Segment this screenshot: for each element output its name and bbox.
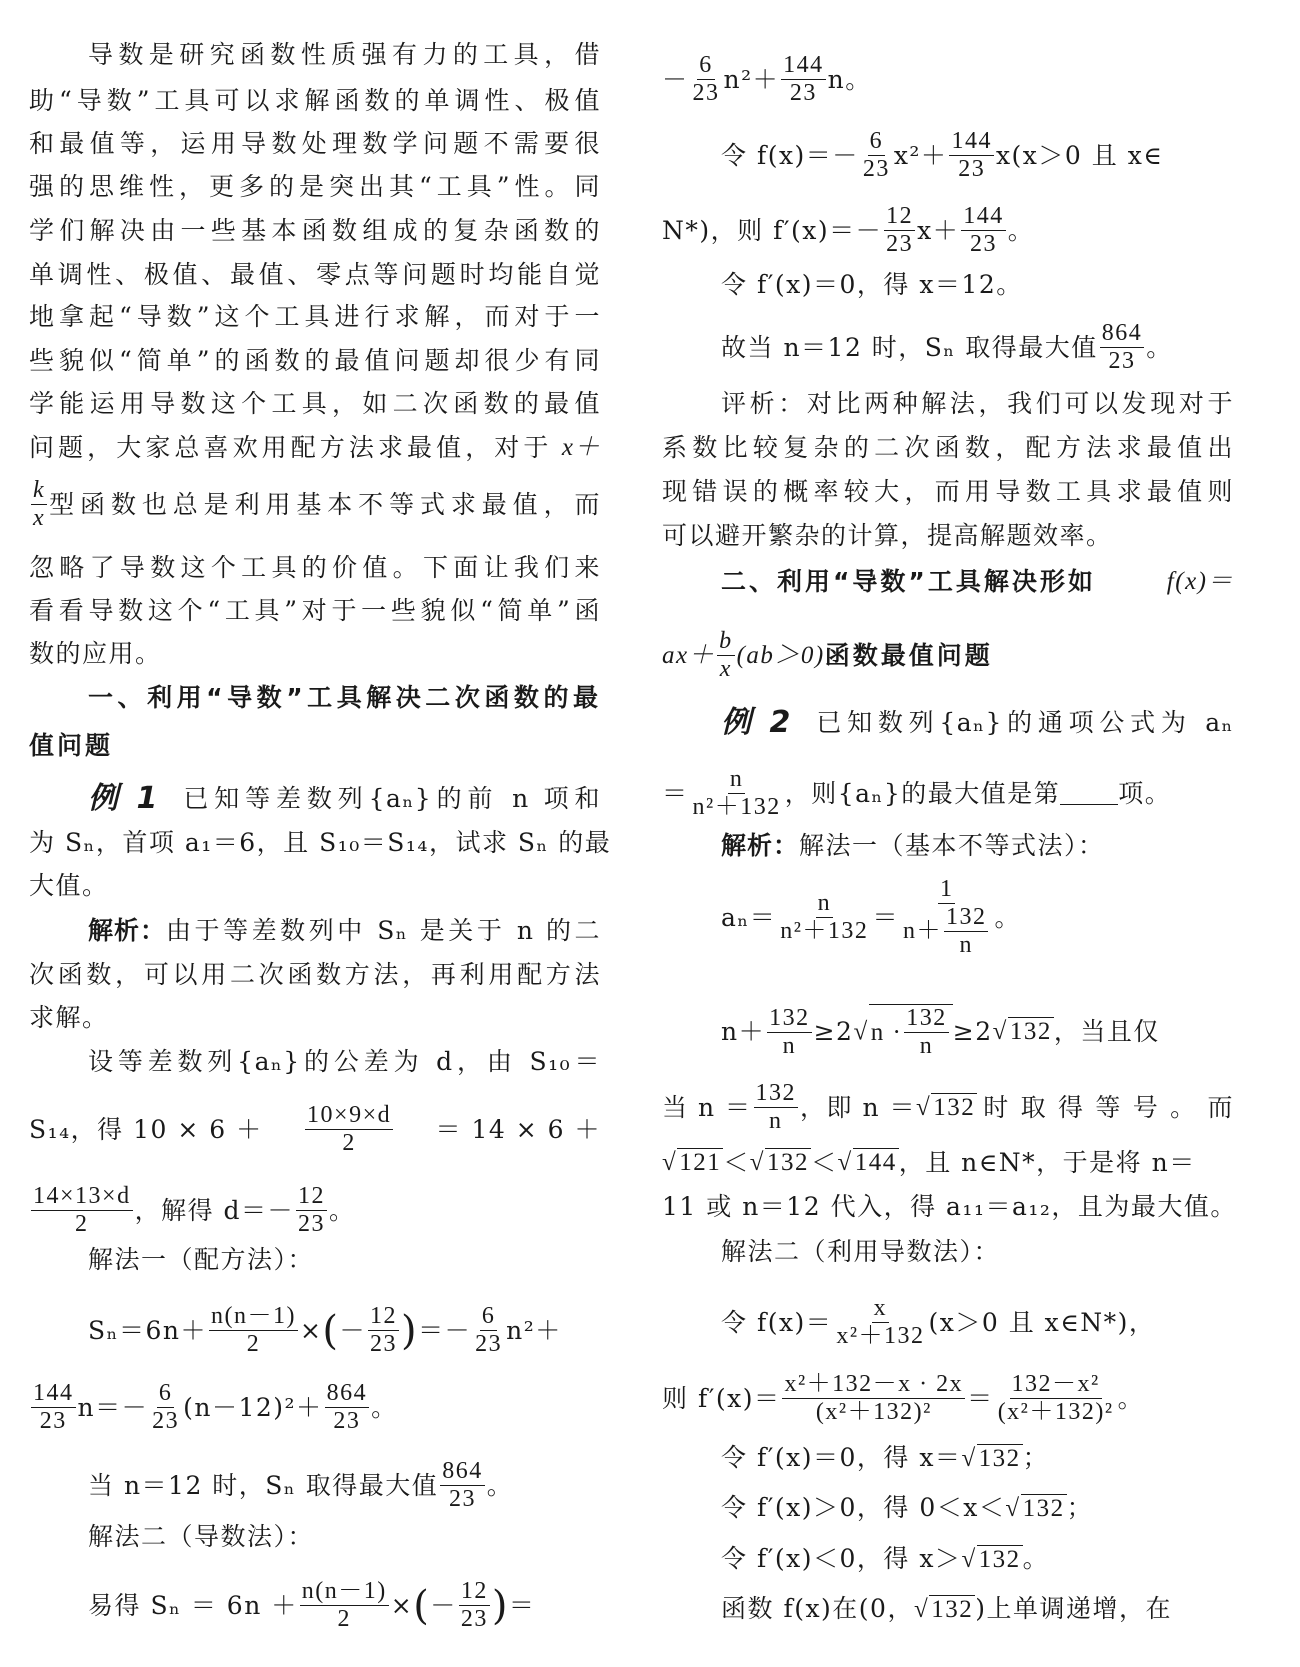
section-1-title-cont: 值问题 (29, 729, 601, 763)
intro-line: 单调性、极值、最值、零点等问题时均能自觉 (29, 258, 601, 292)
intro-line: 数的应用。 (29, 637, 601, 671)
fraction: nn²＋132 (778, 890, 870, 945)
section-1-title: 一、利用“导数”工具解决二次函数的最 (29, 681, 601, 715)
equation-part: ax＋ (662, 639, 715, 673)
example-2-label: 例 2 (721, 706, 794, 740)
comment-line: 评析：对比两种解法，我们可以发现对于 (662, 387, 1234, 421)
equation-part: 。 (487, 1469, 514, 1503)
fraction: 623 (691, 52, 722, 107)
fraction: n(n－1)2 (300, 1578, 389, 1633)
equation-part: ＝ (509, 1589, 536, 1623)
square-root: √132 (914, 1595, 975, 1623)
sqrt-comparison: √121 ＜ √132 ＜ √144 ，且 n∈N*，于是将 n＝ (662, 1146, 1234, 1180)
equation-part: 。 (1146, 331, 1173, 365)
fraction: 623 (150, 1380, 181, 1435)
fraction: 86423 (440, 1458, 485, 1513)
setup-text: 设等差数列{aₙ}的公差为 d，由 S₁₀＝ (29, 1045, 601, 1079)
equation-part: 。 (371, 1391, 398, 1425)
equation-part: × (300, 1314, 322, 1348)
intro-line-with-math: 问题，大家总喜欢用配方法求最值，对于 x＋ (29, 431, 601, 465)
fraction: 132n (754, 1080, 799, 1135)
method-1-title: 解法一（配方法）： (29, 1243, 601, 1277)
paren-close: ) (492, 1589, 509, 1623)
equation-part: ＜ (723, 1146, 750, 1180)
method-1-equation-2: 14423 n＝－ 623 (n－12)²＋ 86423 。 (29, 1380, 601, 1435)
fraction: 10×9×d2 (305, 1102, 393, 1157)
intro-line: 看看导数这个“工具”对于一些貌似“简单”函 (29, 594, 601, 628)
fraction: n(n－1)2 (209, 1303, 298, 1358)
analysis-1: 解析： 由于等差数列中 Sₙ 是关于 n 的二 (29, 914, 601, 948)
equation-part: ，则{aₙ}的最大值是第 (785, 777, 1061, 811)
equation-part: 。 (1023, 1544, 1050, 1573)
equation-part: n＋ (721, 1015, 765, 1049)
equation-part: ； (1023, 1443, 1050, 1472)
equation-part: 。 (1008, 214, 1035, 248)
analysis-text: 解法一（基本不等式法）： (799, 829, 1105, 863)
fraction: 132n (944, 904, 989, 959)
equation-part: ，且 n∈N*，于是将 n＝ (899, 1146, 1196, 1180)
fraction: 14423 (949, 128, 994, 183)
fraction: 623 (473, 1303, 504, 1358)
equation-part: ＝ (662, 777, 689, 811)
method-1-equation-1: Sₙ＝6n＋ n(n－1)2 × (－ 1223 ) ＝－ 623 n²＋ (29, 1303, 601, 1358)
example-1-text: 已知等差数列{aₙ}的前 n 项和 (183, 782, 601, 816)
equation-part: ，解得 d＝－ (135, 1194, 294, 1228)
fraction: 14423 (31, 1380, 76, 1435)
fraction: 1223 (884, 203, 915, 258)
fraction: 132n (767, 1005, 812, 1060)
comment-line: 可以避开繁杂的计算，提高解题效率。 (662, 519, 1234, 553)
example-2: 例 2 已知数列{aₙ}的通项公式为 aₙ (662, 706, 1234, 740)
fraction: 86423 (325, 1380, 370, 1435)
fraction-k-over-x: kx (31, 477, 47, 532)
case-negative: 令 f′(x)＜0，得 x＞√132。 (662, 1542, 1234, 1577)
equation-part: n²＋ (506, 1314, 562, 1348)
fraction: xx²＋132 (834, 1295, 926, 1350)
intro-line: 地拿起“导数”这个工具进行求解，而对于一 (29, 300, 601, 334)
equation-part: 令 f(x)＝ (721, 1306, 832, 1340)
equation-part: 令 f′(x)＝0，得 x＝ (721, 1443, 961, 1472)
paren-open: ( (322, 1314, 339, 1348)
equation-part: S₁₄，得 10 × 6 ＋ (29, 1113, 263, 1147)
square-root: √132 (961, 1444, 1022, 1472)
equation-part: 。 (1118, 1382, 1145, 1416)
paren-close: ) (401, 1314, 418, 1348)
fraction: 14423 (961, 203, 1006, 258)
equation-part: x＋ (917, 214, 959, 248)
intro-line: 些貌似“简单”的函数的最值问题却很少有同 (29, 344, 601, 378)
square-root: √132 (961, 1545, 1022, 1573)
fx2-derivative: 则 f′(x)＝ x²＋132－x · 2x(x²＋132)² ＝ 132－x²… (662, 1371, 1234, 1426)
minus: － (430, 1589, 457, 1623)
fraction: bx (717, 628, 735, 683)
fraction: 132－x²(x²＋132)² (996, 1371, 1116, 1426)
section-2-title-math: f(x)＝ (1167, 565, 1234, 599)
equation-part: 则 f′(x)＝ (662, 1382, 780, 1416)
fraction: 1223 (459, 1578, 490, 1633)
equation-part: n²＋ (724, 63, 780, 97)
substitution-line: 11 或 n＝12 代入，得 a₁₁＝a₁₂，且为最大值。 (662, 1190, 1234, 1224)
equation-part: ，当且仅 (1054, 1015, 1160, 1049)
intro-line: 助“导数”工具可以求解函数的单调性、极值 (29, 84, 601, 118)
paren-open: ( (413, 1589, 430, 1623)
method-2-title: 解法二（导数法）： (29, 1520, 601, 1554)
setup-equation: S₁₄，得 10 × 6 ＋ 10×9×d2 ＝ 14 × 6 ＋ (29, 1102, 601, 1157)
square-root: √121 (662, 1146, 723, 1180)
equation-part: 令 f′(x)＞0，得 0＜x＜ (721, 1493, 1005, 1522)
critical-point: 令 f′(x)＝0，得 x＝12。 (662, 268, 1234, 302)
intro-line: 和最值等，运用导数处理数学问题不需要很 (29, 127, 601, 161)
equation-part: ≥2 (814, 1015, 854, 1049)
equation-part: aₙ＝ (721, 901, 776, 935)
comment-line: 现错误的概率较大，而用导数工具求最值则 (662, 475, 1234, 509)
intro-line: 学能运用导数这个工具，如二次函数的最值 (29, 387, 601, 421)
analysis-text: 次函数，可以用二次函数方法，再利用配方法 (29, 958, 601, 992)
analysis-text: 求解。 (29, 1001, 601, 1035)
monotonicity: 函数 f(x)在(0，√132)上单调递增，在 (662, 1592, 1234, 1627)
comment-line: 系数比较复杂的二次函数，配方法求最值出 (662, 431, 1234, 465)
method-2-equation: 易得 Sₙ ＝ 6n ＋ n(n－1)2 × (－ 1223 ) ＝ (29, 1578, 601, 1633)
equation-part: ＝ (967, 1382, 994, 1416)
intro-line: 忽略了导数这个工具的价值。下面让我们来 (29, 551, 601, 585)
fraction: 86423 (1100, 320, 1145, 375)
fraction: 623 (861, 128, 892, 183)
equation-part: － (662, 63, 689, 97)
continued-equation: － 623 n²＋ 14423 n。 (662, 52, 1234, 107)
square-root: √144 (838, 1146, 899, 1180)
intro-line: 学们解决由一些基本函数组成的复杂函数的 (29, 214, 601, 248)
equation-part: 故当 n＝12 时，Sₙ 取得最大值 (721, 331, 1098, 365)
an-equation: aₙ＝ nn²＋132 ＝ 1 n＋ 132n 。 (662, 876, 1234, 959)
fraction: nn²＋132 (691, 766, 783, 821)
analysis-text: 由于等差数列中 Sₙ 是关于 n 的二 (166, 914, 601, 948)
equation-part: (ab＞0) (737, 639, 825, 673)
example-1-text: 大值。 (29, 869, 601, 903)
case-positive: 令 f′(x)＞0，得 0＜x＜√132； (662, 1491, 1234, 1526)
kx-line-text: 型函数也总是利用基本不等式求最值，而 (49, 488, 601, 522)
compound-fraction: 1 n＋ 132n (901, 876, 993, 959)
analysis-label: 解析： (88, 914, 166, 948)
kx-line: kx 型函数也总是利用基本不等式求最值，而 (29, 477, 601, 532)
conclusion: 故当 n＝12 时，Sₙ 取得最大值 86423 。 (662, 320, 1234, 375)
section-2-title: 二、利用“导数”工具解决形如 f(x)＝ (662, 565, 1234, 599)
fx-definition: 令 f(x)＝－ 623 x²＋ 14423 x(x＞0 且 x∈ (662, 128, 1234, 183)
fraction: 1223 (368, 1303, 399, 1358)
equation-part: ＝ (872, 901, 899, 935)
example-1: 例 1 已知等差数列{aₙ}的前 n 项和 (29, 782, 601, 816)
equation-part: x(x＞0 且 x∈ (996, 139, 1163, 173)
setup-solution: 14×13×d2 ，解得 d＝－ 1223 。 (29, 1183, 601, 1238)
minus: － (340, 1314, 367, 1348)
case-zero: 令 f′(x)＝0，得 x＝√132； (662, 1441, 1234, 1476)
equality-condition: 当 n ＝ 132n ，即 n ＝ √132 时取得等号。而 (662, 1080, 1234, 1135)
example-1-text: 为 Sₙ，首项 a₁＝6，且 S₁₀＝S₁₄，试求 Sₙ 的最 (29, 826, 601, 860)
equation-part: 。 (994, 901, 1021, 935)
intro-line: 强的思维性，更多的是突出其“工具”性。同 (29, 170, 601, 204)
analysis-2: 解析： 解法一（基本不等式法）： (662, 829, 1234, 863)
math-x-plus: x＋ (562, 431, 601, 465)
equation-part: 当 n＝12 时，Sₙ 取得最大值 (88, 1469, 438, 1503)
equation-part: n。 (828, 63, 872, 97)
section-2-title-text: 二、利用“导数”工具解决形如 (721, 565, 1096, 599)
example-2-text: 已知数列{aₙ}的通项公式为 aₙ (816, 706, 1234, 740)
equation-part: × (391, 1589, 413, 1623)
fx2-definition: 令 f(x)＝ xx²＋132 (x＞0 且 x∈N*)， (662, 1295, 1234, 1350)
fraction: 14×13×d2 (31, 1183, 133, 1238)
equation-part: (n－12)²＋ (183, 1391, 322, 1425)
intro-line-text: 问题，大家总喜欢用配方法求最值，对于 (29, 431, 550, 465)
equation-part: ； (1067, 1493, 1094, 1522)
equation-part: 当 n ＝ (662, 1091, 752, 1125)
intro-line: 导数是研究函数性质强有力的工具，借 (29, 38, 601, 72)
fraction: 132n (904, 1005, 949, 1060)
equation-part: N*)，则 f′(x)＝－ (662, 214, 882, 248)
square-root: √132 (993, 1015, 1054, 1049)
equation-part: ＝ 14 × 6 ＋ (436, 1113, 601, 1147)
analysis-label: 解析： (721, 829, 799, 863)
equation-part: 。 (329, 1194, 356, 1228)
square-root: √132 (1005, 1494, 1066, 1522)
radicand: n · 132n (869, 1004, 953, 1060)
equation-part: )上单调递增，在 (975, 1594, 1172, 1623)
equation-part: 令 f′(x)＜0，得 x＞ (721, 1544, 961, 1573)
square-root: √132 (750, 1146, 811, 1180)
equation-part: x²＋ (894, 139, 948, 173)
compound-denominator: n＋ 132n (901, 904, 993, 959)
example-2-formula: ＝ nn²＋132 ，则{aₙ}的最大值是第 项。 (662, 766, 1234, 821)
equation-part: Sₙ＝6n＋ (88, 1314, 207, 1348)
fraction: 1223 (296, 1183, 327, 1238)
square-root: √n · 132n (853, 1004, 952, 1060)
equation-part: 项。 (1118, 777, 1171, 811)
answer-blank (1060, 782, 1118, 805)
equation-part: 易得 Sₙ ＝ 6n ＋ (88, 1589, 298, 1623)
section-2-title-cont: ax＋ bx (ab＞0) 函数最值问题 (662, 628, 1234, 683)
square-root: √132 (916, 1091, 977, 1125)
fraction: x²＋132－x · 2x(x²＋132)² (782, 1371, 965, 1426)
equation-part: 时取得等号。而 (983, 1091, 1234, 1125)
example-1-label: 例 1 (88, 782, 161, 816)
equation-part: ＝－ (418, 1314, 471, 1348)
equation-part: 令 f(x)＝－ (721, 139, 859, 173)
method-1-result: 当 n＝12 时，Sₙ 取得最大值 86423 。 (29, 1458, 601, 1513)
section-2-title-text: 函数最值问题 (825, 639, 993, 673)
equation-part: (x＞0 且 x∈N*)， (929, 1306, 1156, 1340)
equation-part: n＝－ (78, 1391, 149, 1425)
equation-part: 函数 f(x)在(0， (721, 1594, 914, 1623)
inequality-line: n＋ 132n ≥2 √n · 132n ≥2 √132 ，当且仅 (662, 1004, 1234, 1060)
fraction: 14423 (781, 52, 826, 107)
method-2-title: 解法二（利用导数法）： (662, 1235, 1234, 1269)
equation-part: ＜ (811, 1146, 838, 1180)
equation-part: ≥2 (953, 1015, 993, 1049)
fprime-definition: N*)，则 f′(x)＝－ 1223 x＋ 14423 。 (662, 203, 1234, 258)
equation-part: ，即 n ＝ (800, 1091, 916, 1125)
